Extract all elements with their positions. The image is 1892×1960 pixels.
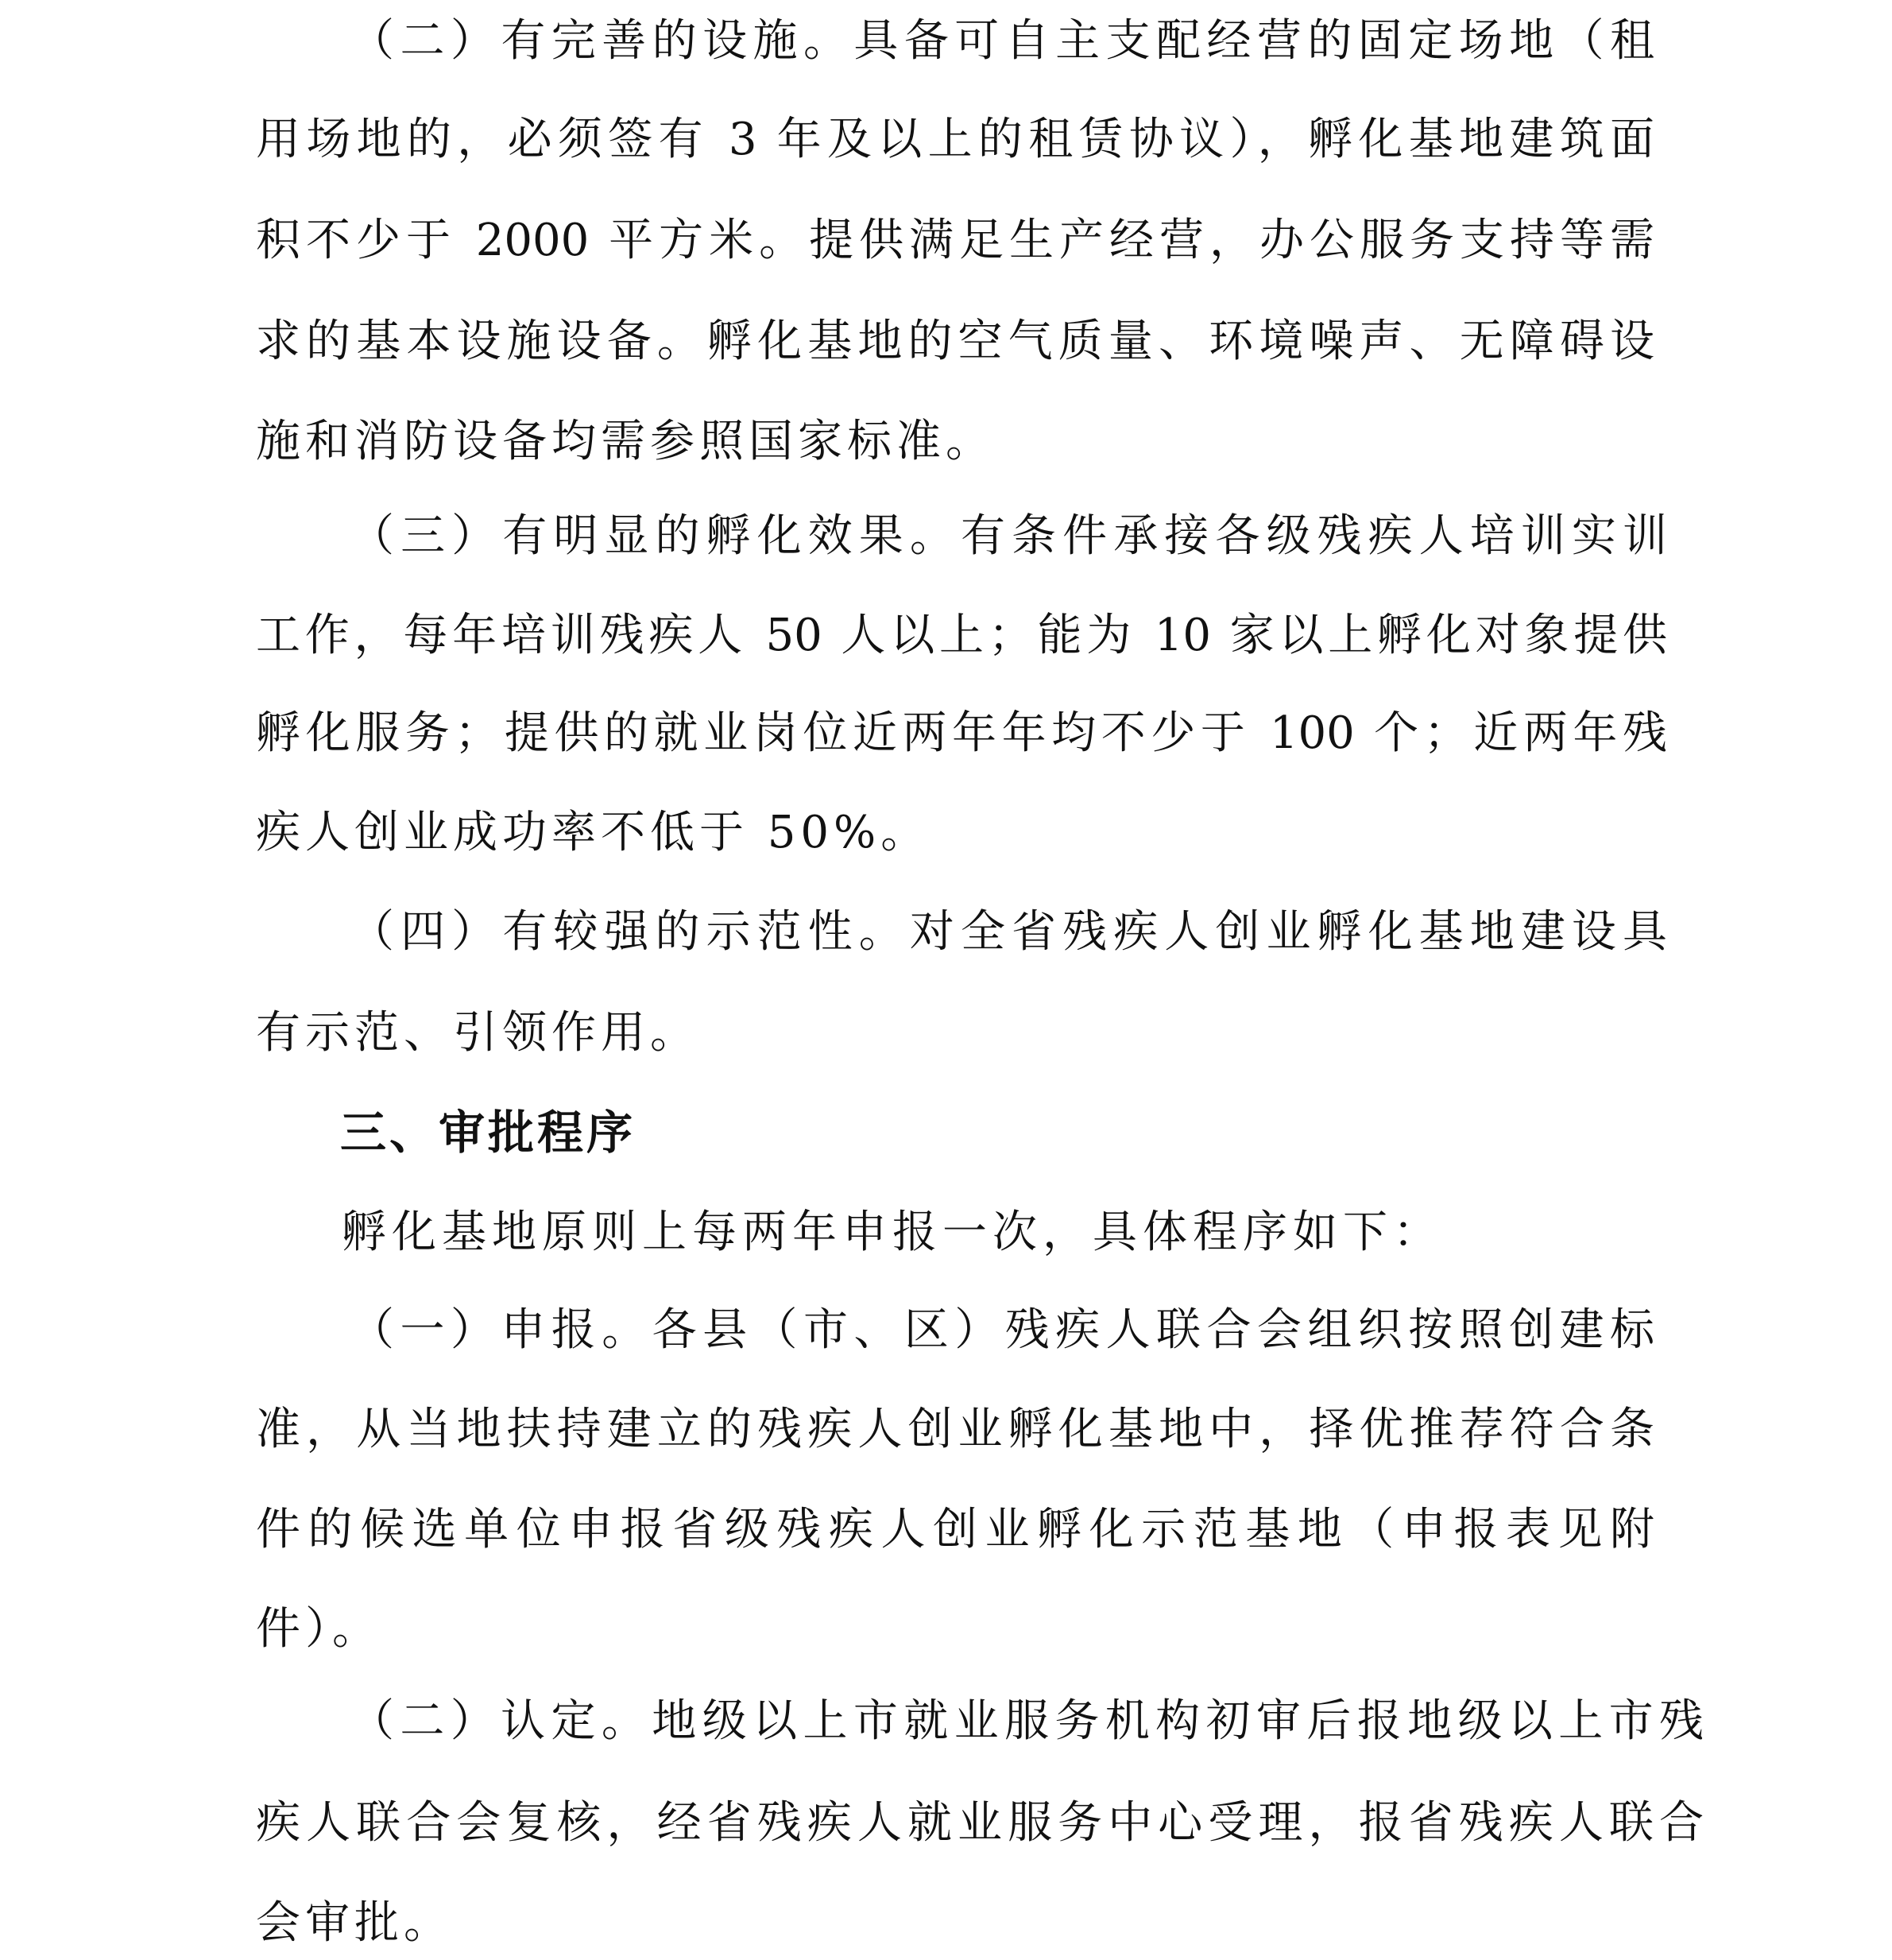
text-line: （一）申报。各县（市、区）残疾人联合会组织按照创建标 xyxy=(350,1302,1654,1359)
text-line: 施和消防设备均需参照国家标准。 xyxy=(256,413,995,471)
text-line: 用场地的，必须签有 3 年及以上的租赁协议），孵化基地建筑面 xyxy=(256,111,1654,168)
text-line: 有示范、引领作用。 xyxy=(256,1005,699,1062)
text-line: 疾人联合会复核，经省残疾人就业服务中心受理，报省残疾人联合 xyxy=(256,1795,1704,1852)
document-page: （二）有完善的设施。具备可自主支配经营的固定场地（租 用场地的，必须签有 3 年… xyxy=(0,0,1892,1960)
text-line: 孵化基地原则上每两年申报一次，具体程序如下： xyxy=(342,1204,1443,1261)
text-line: （二）认定。地级以上市就业服务机构初审后报地级以上市残 xyxy=(350,1693,1704,1750)
text-line: 工作，每年培训残疾人 50 人以上；能为 10 家以上孵化对象提供 xyxy=(256,607,1667,664)
text-line: （二）有完善的设施。具备可自主支配经营的固定场地（租 xyxy=(350,13,1654,70)
text-line: 件的候选单位申报省级残疾人创业孵化示范基地（申报表见附 xyxy=(256,1501,1654,1559)
text-line: （三）有明显的孵化效果。有条件承接各级残疾人培训实训 xyxy=(350,508,1667,565)
text-line: 积不少于 2000 平方米。提供满足生产经营，办公服务支持等需 xyxy=(256,212,1654,269)
text-line: 件）。 xyxy=(256,1601,381,1658)
section-heading: 三、审批程序 xyxy=(340,1104,636,1161)
text-line: （四）有较强的示范性。对全省残疾人创业孵化基地建设具 xyxy=(350,904,1667,961)
text-line: 孵化服务；提供的就业岗位近两年年均不少于 100 个；近两年残 xyxy=(256,705,1667,762)
text-line: 疾人创业成功率不低于 50%。 xyxy=(256,804,930,862)
text-line: 会审批。 xyxy=(256,1895,453,1952)
text-line: 求的基本设施设备。孵化基地的空气质量、环境噪声、无障碍设 xyxy=(256,313,1654,370)
text-line: 准，从当地扶持建立的残疾人创业孵化基地中，择优推荐符合条 xyxy=(256,1401,1654,1458)
